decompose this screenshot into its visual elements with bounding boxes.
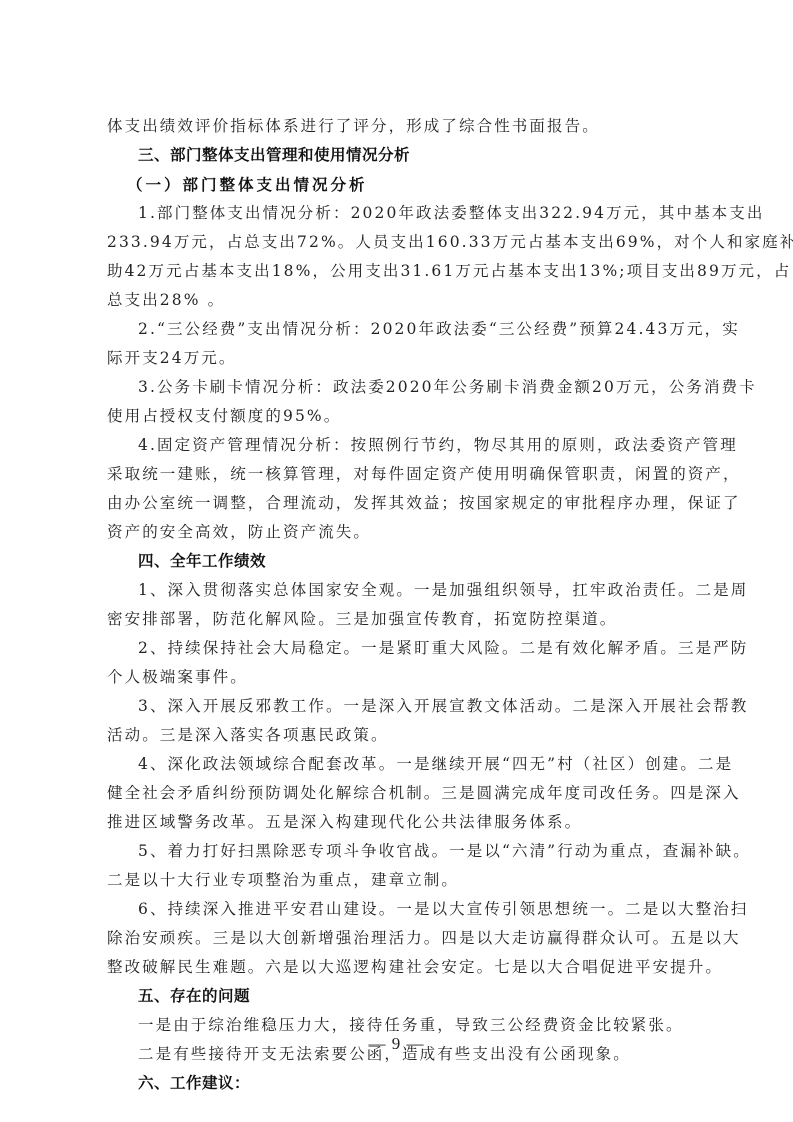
section-5-heading: 五、存在的问题 xyxy=(107,982,689,1011)
text-line: 密安排部署，防范化解风险。三是加强宣传教育，拓宽防控渠道。 xyxy=(107,605,689,634)
paragraph-expenditure-analysis: 1.部门整体支出情况分析：2020年政法委整体支出322.94万元，其中基本支出… xyxy=(107,199,689,315)
text-line: 4.固定资产管理情况分析：按照例行节约，物尽其用的原则，政法委资产管理 xyxy=(107,431,689,460)
page-number: — 9 — xyxy=(0,1034,793,1054)
paragraph-anti-cult: 3、深入开展反邪教工作。一是深入开展宣教文体活动。二是深入开展社会帮教 活动。三… xyxy=(107,692,689,750)
paragraph-official-card: 3.公务卡刷卡情况分析：政法委2020年公务刷卡消费金额20万元，公务消费卡 使… xyxy=(107,373,689,431)
text-line: 健全社会矛盾纠纷预防调处化解综合机制。三是圆满完成年度司改任务。四是深入 xyxy=(107,779,689,808)
text-line: 资产的安全高效，防止资产流失。 xyxy=(107,518,689,547)
text-line: 3.公务卡刷卡情况分析：政法委2020年公务刷卡消费金额20万元，公务消费卡 xyxy=(107,373,689,402)
text-line: 6、持续深入推进平安君山建设。一是以大宣传引领思想统一。二是以大整治扫 xyxy=(107,895,689,924)
text-line: 由办公室统一调整，合理流动，发挥其效益；按国家规定的审批程序办理，保证了 xyxy=(107,489,689,518)
text-line: 推进区域警务改革。五是深入构建现代化公共法律服务体系。 xyxy=(107,808,689,837)
text-line: 整改破解民生难题。六是以大巡逻构建社会安定。七是以大合唱促进平安提升。 xyxy=(107,953,689,982)
text-line: 个人极端案事件。 xyxy=(107,663,689,692)
text-line: 4、深化政法领域综合配套改革。一是继续开展“四无”村（社区）创建。二是 xyxy=(107,750,689,779)
text-line: 2、持续保持社会大局稳定。一是紧盯重大风险。二是有效化解矛盾。三是严防 xyxy=(107,634,689,663)
section-6-heading: 六、工作建议： xyxy=(107,1069,689,1098)
text-line: 采取统一建账，统一核算管理，对每件固定资产使用明确保管职责，闲置的资产， xyxy=(107,460,689,489)
paragraph-fixed-assets: 4.固定资产管理情况分析：按照例行节约，物尽其用的原则，政法委资产管理 采取统一… xyxy=(107,431,689,547)
section-3-sub-1-heading: （一）部门整体支出情况分析 xyxy=(107,170,689,199)
text-line: 1、深入贯彻落实总体国家安全观。一是加强组织领导，扛牢政治责任。二是周 xyxy=(107,576,689,605)
text-line: 二是以十大行业专项整治为重点，建章立制。 xyxy=(107,866,689,895)
text-line: 233.94万元，占总支出72%。人员支出160.33万元占基本支出69%，对个… xyxy=(107,228,689,257)
paragraph-anti-crime: 5、着力打好扫黑除恶专项斗争收官战。一是以“六清”行动为重点，查漏补缺。 二是以… xyxy=(107,837,689,895)
text-line: 活动。三是深入落实各项惠民政策。 xyxy=(107,721,689,750)
intro-tail-line: 体支出绩效评价指标体系进行了评分，形成了综合性书面报告。 xyxy=(107,112,689,141)
text-line: 除治安顽疾。三是以大创新增强治理活力。四是以大走访赢得群众认可。五是以大 xyxy=(107,924,689,953)
text-line: 1.部门整体支出情况分析：2020年政法委整体支出322.94万元，其中基本支出 xyxy=(107,199,689,228)
text-line: 总支出28% 。 xyxy=(107,286,689,315)
text-line: 助42万元占基本支出18%，公用支出31.61万元占基本支出13%;项目支出89… xyxy=(107,257,689,286)
paragraph-national-security: 1、深入贯彻落实总体国家安全观。一是加强组织领导，扛牢政治责任。二是周 密安排部… xyxy=(107,576,689,634)
paragraph-three-public-expenses: 2.“三公经费”支出情况分析：2020年政法委“三公经费”预算24.43万元，实… xyxy=(107,315,689,373)
text-line: 2.“三公经费”支出情况分析：2020年政法委“三公经费”预算24.43万元，实 xyxy=(107,315,689,344)
paragraph-safe-junshan: 6、持续深入推进平安君山建设。一是以大宣传引领思想统一。二是以大整治扫 除治安顽… xyxy=(107,895,689,982)
text-line: 5、着力打好扫黑除恶专项斗争收官战。一是以“六清”行动为重点，查漏补缺。 xyxy=(107,837,689,866)
text-line: 3、深入开展反邪教工作。一是深入开展宣教文体活动。二是深入开展社会帮教 xyxy=(107,692,689,721)
text-line: 际开支24万元。 xyxy=(107,344,689,373)
section-4-heading: 四、全年工作绩效 xyxy=(107,547,689,576)
text-line: 使用占授权支付额度的95%。 xyxy=(107,402,689,431)
paragraph-legal-reform: 4、深化政法领域综合配套改革。一是继续开展“四无”村（社区）创建。二是 健全社会… xyxy=(107,750,689,837)
paragraph-social-stability: 2、持续保持社会大局稳定。一是紧盯重大风险。二是有效化解矛盾。三是严防 个人极端… xyxy=(107,634,689,692)
document-page: 体支出绩效评价指标体系进行了评分，形成了综合性书面报告。 三、部门整体支出管理和… xyxy=(107,112,689,1098)
section-3-heading: 三、部门整体支出管理和使用情况分析 xyxy=(107,141,689,170)
